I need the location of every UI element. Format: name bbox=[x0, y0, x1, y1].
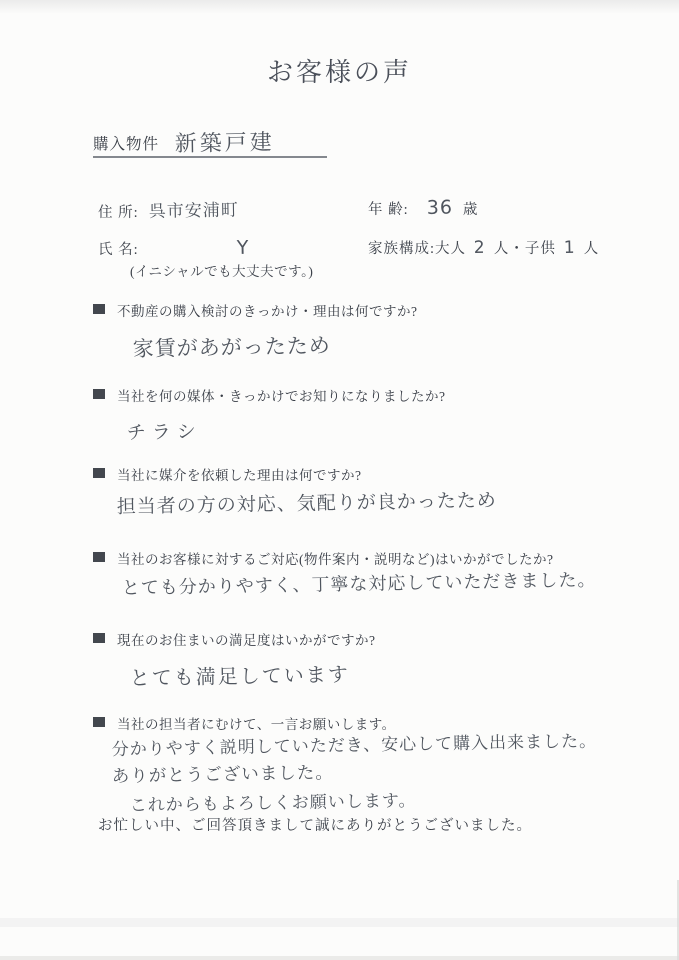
question-3-handwritten-answer: 担当者の方の対応、気配りが良かったため bbox=[117, 485, 497, 519]
question-6-handwritten-answer-line-3: これからもよろしくお願いします。 bbox=[130, 786, 417, 816]
bullet-square-icon bbox=[93, 633, 105, 643]
question-1-handwritten-answer: 家賃があがったため bbox=[132, 330, 330, 363]
name-field: 氏 名: Y bbox=[98, 237, 249, 259]
address-label: 住 所: bbox=[98, 201, 139, 222]
family-unit: 人 bbox=[584, 237, 600, 258]
bullet-square-icon bbox=[93, 304, 105, 314]
question-2: 当社を何の媒体・きっかけでお知りになりましたか? bbox=[93, 385, 446, 405]
property-field: 購入物件 新築戸建 bbox=[93, 124, 327, 158]
question-5-label: 現在のお住まいの満足度はいかがですか? bbox=[117, 629, 376, 649]
bullet-square-icon bbox=[93, 717, 105, 727]
address-field: 住 所: 呉市安浦町 bbox=[98, 197, 239, 222]
question-4-label: 当社のお客様に対するご対応(物件案内・説明など)はいかがでしたか? bbox=[117, 548, 553, 568]
name-handwritten-value: Y bbox=[236, 237, 249, 259]
family-adults-handwritten: 2 bbox=[474, 238, 486, 258]
page-title: お客様の声 bbox=[0, 52, 679, 89]
question-5: 現在のお住まいの満足度はいかがですか? bbox=[93, 629, 376, 649]
bullet-square-icon bbox=[93, 389, 105, 399]
name-initial-note: (イニシャルでも大丈夫です。) bbox=[130, 260, 313, 280]
bullet-square-icon bbox=[93, 468, 105, 478]
question-4: 当社のお客様に対するご対応(物件案内・説明など)はいかがでしたか? bbox=[93, 548, 553, 568]
age-unit: 歳 bbox=[463, 198, 479, 219]
question-3-label: 当社に媒介を依頼した理由は何ですか? bbox=[117, 464, 362, 484]
closing-thanks-note: お忙しい中、ご回答頂きまして誠にありがとうございました。 bbox=[98, 814, 532, 835]
question-6-handwritten-answer-line-2: ありがとうございました。 bbox=[112, 759, 334, 788]
age-label: 年 齢: bbox=[368, 198, 409, 219]
question-4-handwritten-answer: とても分かりやすく、丁寧な対応していただきました。 bbox=[122, 566, 597, 600]
scan-artifact-top bbox=[0, 0, 679, 14]
family-field: 家族構成:大人 2 人・子供 1 人 bbox=[368, 237, 599, 258]
question-1: 不動産の購入検討のきっかけ・理由は何ですか? bbox=[93, 300, 418, 320]
property-handwritten-value: 新築戸建 bbox=[174, 125, 275, 158]
question-5-handwritten-answer: とても満足しています bbox=[129, 658, 349, 691]
scan-artifact-bottom-band bbox=[0, 918, 679, 927]
age-field: 年 齢: 36 歳 bbox=[368, 197, 478, 219]
family-mid-label: 人・子供 bbox=[494, 237, 556, 258]
property-label: 購入物件 bbox=[93, 132, 159, 155]
age-handwritten-value: 36 bbox=[426, 197, 453, 219]
question-2-handwritten-answer: チラシ bbox=[127, 417, 202, 445]
scan-artifact-bottom-edge bbox=[0, 956, 679, 960]
family-label: 家族構成:大人 bbox=[368, 237, 466, 258]
question-1-label: 不動産の購入検討のきっかけ・理由は何ですか? bbox=[117, 300, 418, 320]
question-3: 当社に媒介を依頼した理由は何ですか? bbox=[93, 464, 362, 484]
question-2-label: 当社を何の媒体・きっかけでお知りになりましたか? bbox=[117, 385, 446, 405]
family-children-handwritten: 1 bbox=[564, 238, 576, 258]
address-handwritten-value: 呉市安浦町 bbox=[148, 195, 238, 222]
bullet-square-icon bbox=[93, 552, 105, 562]
scanned-feedback-form: お客様の声 購入物件 新築戸建 住 所: 呉市安浦町 年 齢: 36 歳 氏 名… bbox=[0, 0, 679, 960]
name-label: 氏 名: bbox=[98, 238, 139, 259]
